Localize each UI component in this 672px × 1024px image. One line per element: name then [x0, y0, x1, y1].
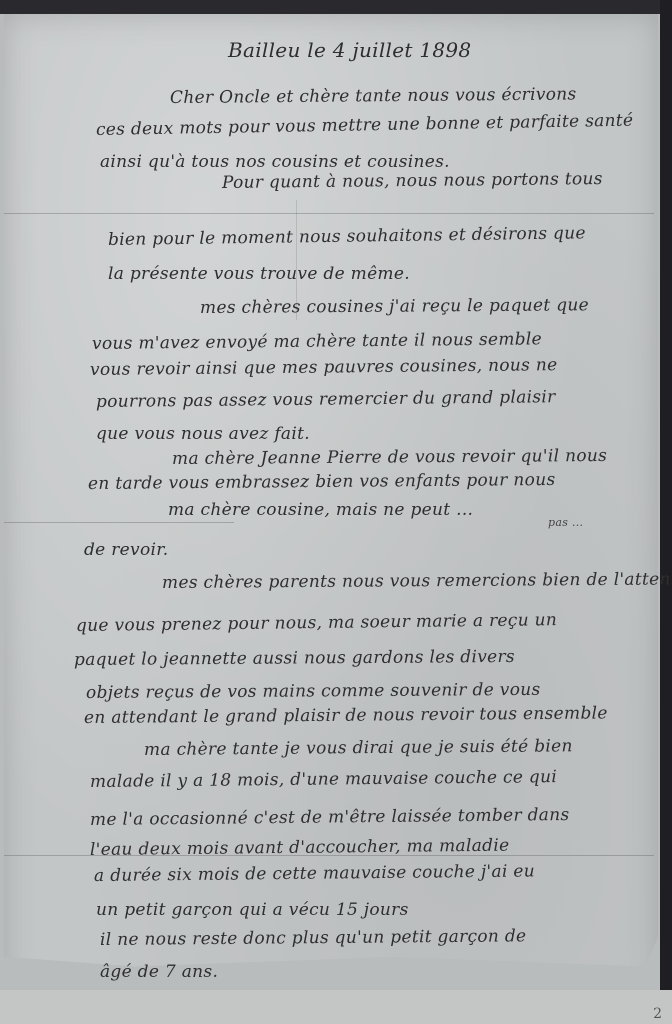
margin-note: pas ... [548, 516, 583, 529]
letter-line: objets reçus de vos mains comme souvenir… [86, 680, 541, 703]
letter-line: âgé de 7 ans. [100, 962, 218, 982]
letter-line: un petit garçon qui a vécu 15 jours [96, 900, 409, 920]
fold-line [4, 213, 654, 214]
letter-line: ma chère cousine, mais ne peut ... [168, 500, 473, 520]
letter-line: la présente vous trouve de même. [108, 264, 410, 284]
letter-line: ma chère tante je vous dirai que je suis… [144, 736, 573, 760]
dark-edge [660, 0, 672, 1000]
letter-line: ainsi qu'à tous nos cousins et cousines. [100, 152, 450, 172]
letter-line: mes chères parents nous vous remercions … [162, 569, 672, 593]
letter-line: mes chères cousines j'ai reçu le paquet … [200, 295, 589, 318]
fold-line [4, 522, 234, 523]
letter-line: ma chère Jeanne Pierre de vous revoir qu… [172, 446, 607, 469]
letter-line: en tarde vous embrassez bien vos enfants… [88, 470, 556, 494]
page-number: 2 [653, 1006, 662, 1022]
date-line: Bailleu le 4 juillet 1898 [228, 38, 471, 62]
letter-line: Cher Oncle et chère tante nous vous écri… [170, 84, 577, 108]
letter-line: que vous nous avez fait. [96, 424, 310, 444]
letter-line: Pour quant à nous, nous nous portons tou… [222, 169, 603, 193]
underlying-page: 2 [0, 990, 672, 1024]
letter-line: il ne nous reste donc plus qu'un petit g… [100, 926, 527, 950]
letter-line: paquet lo jeannette aussi nous gardons l… [74, 647, 515, 670]
letter-line: de revoir. [84, 540, 168, 560]
